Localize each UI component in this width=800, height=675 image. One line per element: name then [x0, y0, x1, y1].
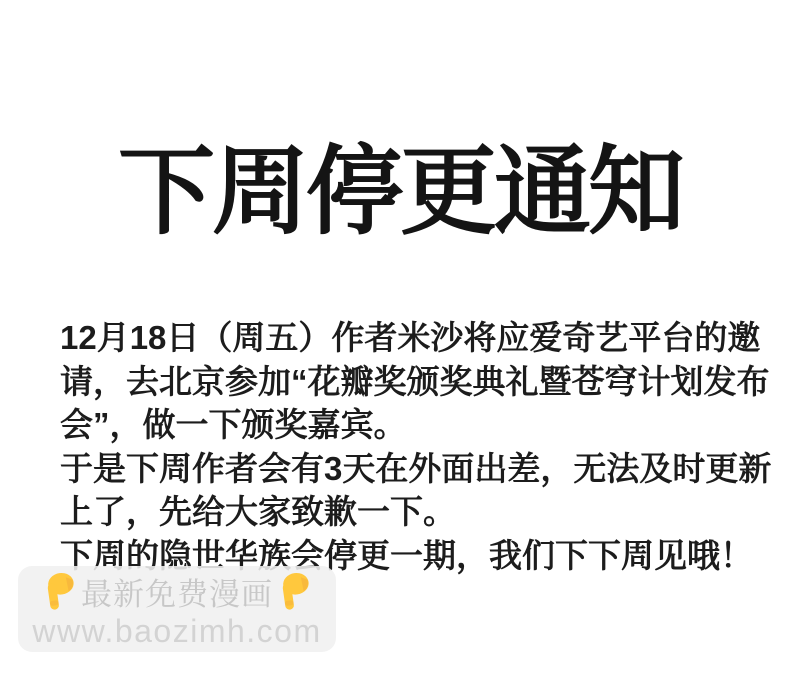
watermark-tagline: 最新免费漫画	[81, 569, 273, 614]
page-title: 下周停更通知	[0, 143, 800, 240]
body-line-4: 于是下周作者会有3天在外面出差，无法及时更新	[60, 447, 770, 491]
body-line-3: 会”，做一下颁奖嘉宾。	[60, 403, 770, 447]
body-line-2: 请，去北京参加“花瓣奖颁奖典礼暨苍穹计划发布	[60, 360, 770, 404]
watermark-url: www.baozimh.com	[32, 615, 321, 649]
notice-page: 下周停更通知 12月18日（周五）作者米沙将应爱奇艺平台的邀 请，去北京参加“花…	[0, 0, 800, 675]
pointing-down-icon	[43, 571, 76, 612]
body-line-5: 上了，先给大家致歉一下。	[60, 490, 770, 534]
watermark-tagline-row: 最新免费漫画	[43, 569, 311, 614]
notice-body: 12月18日（周五）作者米沙将应爱奇艺平台的邀 请，去北京参加“花瓣奖颁奖典礼暨…	[60, 316, 770, 577]
body-line-1: 12月18日（周五）作者米沙将应爱奇艺平台的邀	[60, 316, 770, 360]
watermark-box: 最新免费漫画 www.baozimh.com	[18, 566, 336, 652]
pointing-down-icon	[278, 571, 311, 612]
